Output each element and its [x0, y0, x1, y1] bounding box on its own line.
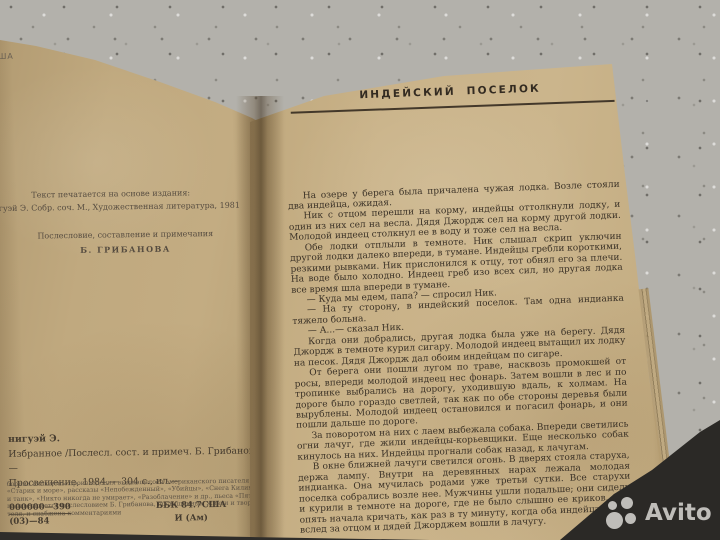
left-page-content: ША Текст печатается на основе издания: м… — [0, 0, 276, 540]
bbk-code-line2: И (Ам) — [153, 513, 229, 524]
catalog-index-denominator: (03)—84 — [9, 516, 71, 527]
catalog-index-number: 000000—390 — [9, 502, 71, 515]
avito-watermark-label: Avito — [645, 502, 712, 525]
avito-watermark: Avito — [606, 497, 712, 530]
catalog-index: 000000—390 (03)—84 — [9, 502, 71, 527]
afterword-author: Б. ГРИБАНОВА — [0, 242, 276, 257]
afterword-credit-line: Послесловие, составление и примечания — [0, 227, 275, 242]
avito-logo-icon — [606, 497, 639, 530]
chapter-title: ИНДЕЙСКИЙ ПОСЕЛОК — [284, 80, 616, 104]
catalog-title: Избранное /Послесл. сост. и примеч. Б. Г… — [8, 444, 270, 477]
right-page: ИНДЕЙСКИЙ ПОСЕЛОК На озере у берега была… — [244, 0, 678, 540]
bbk-code-line1: ББК 84.7США — [153, 500, 229, 511]
body-text: На озере у берега была причалена чужая л… — [288, 179, 632, 536]
left-page: ША Текст печатается на основе издания: м… — [0, 0, 268, 540]
edge-text-fragment: ША — [0, 52, 14, 61]
book-photo: ША Текст печатается на основе издания: м… — [0, 0, 720, 540]
afterword-credit: Послесловие, составление и примечания Б.… — [0, 227, 276, 257]
right-page-content: ИНДЕЙСКИЙ ПОСЕЛОК На озере у берега была… — [284, 80, 632, 536]
bbk-code: ББК 84.7США И (Ам) — [153, 500, 229, 524]
